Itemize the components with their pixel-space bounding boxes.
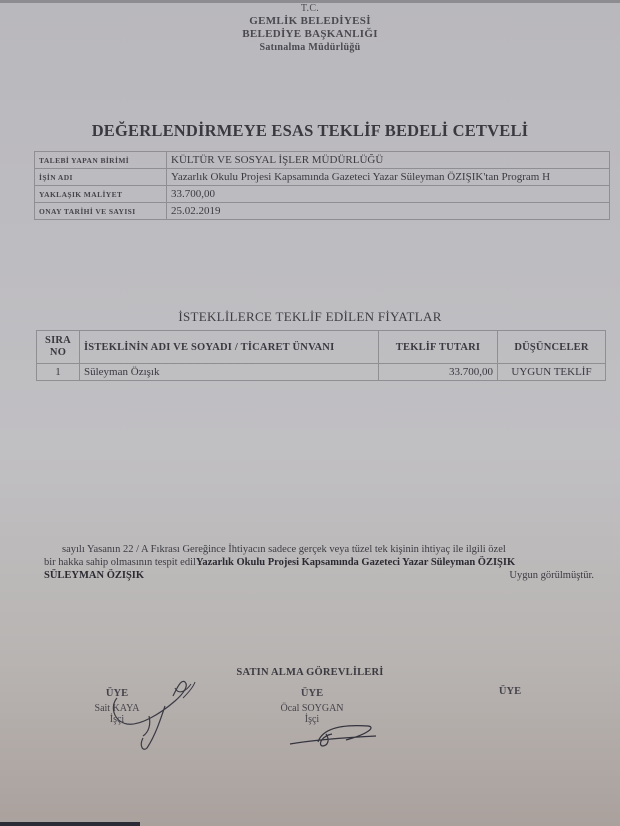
header-remarks: DÜŞÜNCELER: [498, 331, 606, 364]
info-value: KÜLTÜR VE SOSYAL İŞLER MÜDÜRLÜĞÜ: [167, 152, 610, 169]
procurement-info-table: TALEBİ YAPAN BİRİMİ KÜLTÜR VE SOSYAL İŞL…: [34, 151, 610, 220]
paragraph-person-name: SÜLEYMAN ÖZIŞIK: [44, 570, 144, 581]
row-offer-amount: 33.700,00: [379, 364, 498, 381]
info-label: TALEBİ YAPAN BİRİMİ: [35, 152, 167, 169]
info-label: İŞİN ADI: [35, 169, 167, 186]
header-municipality: GEMLİK BELEDİYESİ: [0, 15, 620, 28]
row-number: 1: [37, 364, 80, 381]
header-bidder-name: İSTEKLİNİN ADI VE SOYADI / TİCARET ÜNVAN…: [80, 331, 379, 364]
institution-header: T.C. GEMLİK BELEDİYESİ BELEDİYE BAŞKANLI…: [0, 2, 620, 54]
paragraph-project-name: Yazarlık Okulu Projesi Kapsamında Gazete…: [196, 557, 515, 568]
row-remarks: UYGUN TEKLİF: [498, 364, 606, 381]
background-edge: [0, 822, 140, 826]
offers-header-row: SIRA NO İSTEKLİNİN ADI VE SOYADI / TİCAR…: [37, 331, 606, 364]
info-row: İŞİN ADI Yazarlık Okulu Projesi Kapsamın…: [35, 169, 610, 186]
info-value: 25.02.2019: [167, 203, 610, 220]
paragraph-line-2: bir hakka sahip olmasının tespit edilYaz…: [44, 556, 604, 569]
header-sira: SIRA: [45, 335, 71, 346]
header-no: NO: [50, 347, 66, 358]
committee-member-3: ÜYE: [485, 686, 535, 701]
justification-paragraph: sayılı Yasanın 22 / A Fıkrası Gereğince …: [44, 543, 604, 582]
row-bidder-name: Süleyman Özışık: [80, 364, 379, 381]
info-value: 33.700,00: [167, 186, 610, 203]
member-role: ÜYE: [485, 686, 535, 697]
info-row: TALEBİ YAPAN BİRİMİ KÜLTÜR VE SOSYAL İŞL…: [35, 152, 610, 169]
offers-table: SIRA NO İSTEKLİNİN ADI VE SOYADI / TİCAR…: [36, 330, 606, 381]
info-label: ONAY TARİHİ VE SAYISI: [35, 203, 167, 220]
header-offer-amount: TEKLİF TUTARI: [379, 331, 498, 364]
info-row: YAKLAŞIK MALİYET 33.700,00: [35, 186, 610, 203]
header-mayor-office: BELEDİYE BAŞKANLIĞI: [0, 28, 620, 41]
signature-icon: [105, 676, 200, 756]
info-value: Yazarlık Okulu Projesi Kapsamında Gazete…: [167, 169, 610, 186]
approval-text: Uygun görülmüştür.: [509, 569, 594, 582]
table-row: 1 Süleyman Özışık 33.700,00 UYGUN TEKLİF: [37, 364, 606, 381]
info-row: ONAY TARİHİ VE SAYISI 25.02.2019: [35, 203, 610, 220]
committee-title: SATIN ALMA GÖREVLİLERİ: [0, 667, 620, 678]
signature-icon: [288, 720, 383, 750]
member-role: ÜYE: [262, 688, 362, 699]
paragraph-line-2-text: bir hakka sahip olmasının tespit edil: [44, 557, 196, 568]
header-sira-no: SIRA NO: [37, 331, 80, 364]
document-page: T.C. GEMLİK BELEDİYESİ BELEDİYE BAŞKANLI…: [0, 0, 620, 826]
header-tc: T.C.: [0, 2, 620, 15]
offers-section-title: İSTEKLİLERCE TEKLİF EDİLEN FİYATLAR: [0, 309, 620, 325]
paragraph-line-1: sayılı Yasanın 22 / A Fıkrası Gereğince …: [44, 543, 604, 556]
header-department: Satınalma Müdürlüğü: [0, 41, 620, 54]
member-name: Öcal SOYGAN: [262, 703, 362, 714]
document-title: DEĞERLENDİRMEYE ESAS TEKLİF BEDELİ CETVE…: [0, 121, 620, 141]
info-label: YAKLAŞIK MALİYET: [35, 186, 167, 203]
